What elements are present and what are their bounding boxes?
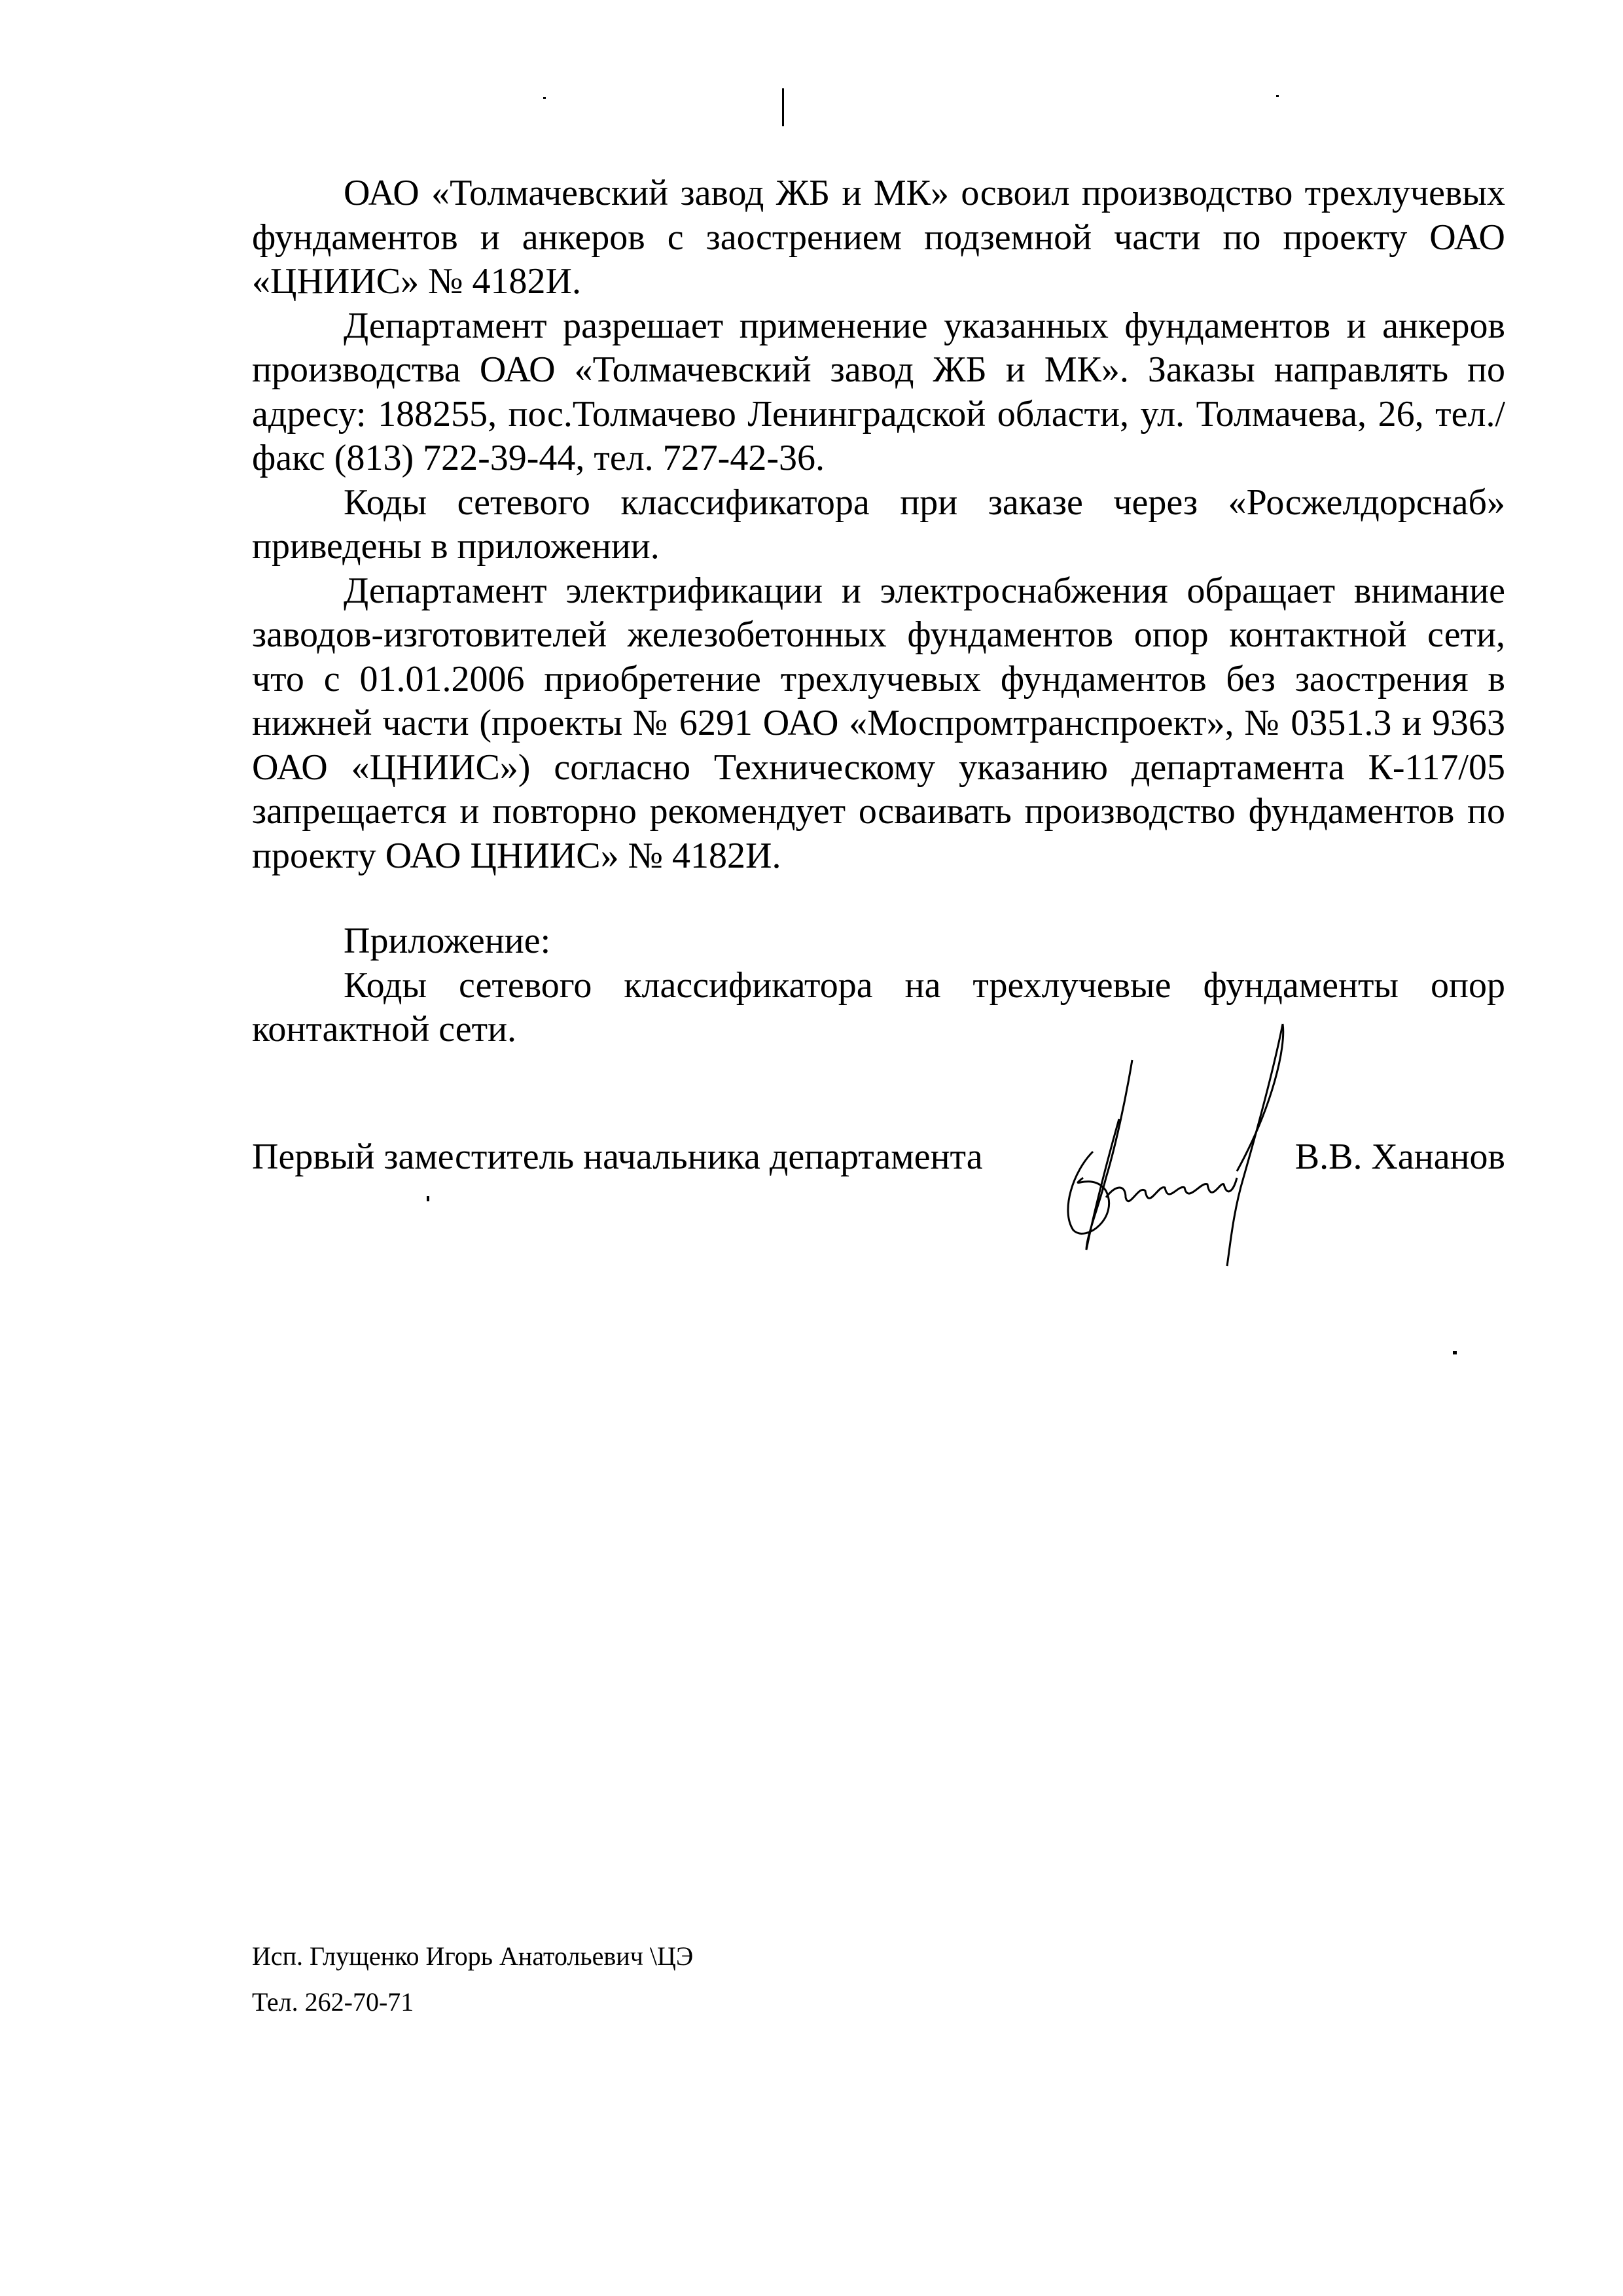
paragraph-notice: Департамент электрификации и электроснаб… bbox=[252, 569, 1505, 879]
document-page: ОАО «Толмачевский завод ЖБ и МК» освоил … bbox=[0, 0, 1623, 2296]
scan-speck bbox=[1453, 1351, 1457, 1354]
letter-body: ОАО «Толмачевский завод ЖБ и МК» освоил … bbox=[252, 171, 1505, 878]
paragraph-classifier-codes: Коды сетевого классификатора при заказе … bbox=[252, 481, 1505, 569]
paragraph-production: ОАО «Толмачевский завод ЖБ и МК» освоил … bbox=[252, 171, 1505, 304]
signatory-title: Первый заместитель начальника департамен… bbox=[252, 1135, 983, 1179]
scan-speck bbox=[427, 1196, 429, 1201]
appendix-heading: Приложение: bbox=[252, 919, 1505, 964]
executor-name: Исп. Глущенко Игорь Анатольевич \ЦЭ bbox=[252, 1934, 693, 1979]
scan-speck bbox=[543, 97, 546, 99]
paragraph-permission: Департамент разрешает применение указанн… bbox=[252, 304, 1505, 481]
scan-speck bbox=[1276, 95, 1279, 97]
footer-executor: Исп. Глущенко Игорь Анатольевич \ЦЭ Тел.… bbox=[252, 1934, 693, 2025]
scan-mark bbox=[782, 88, 784, 126]
executor-phone: Тел. 262-70-71 bbox=[252, 1979, 693, 2025]
handwritten-signature-icon bbox=[975, 1021, 1342, 1269]
